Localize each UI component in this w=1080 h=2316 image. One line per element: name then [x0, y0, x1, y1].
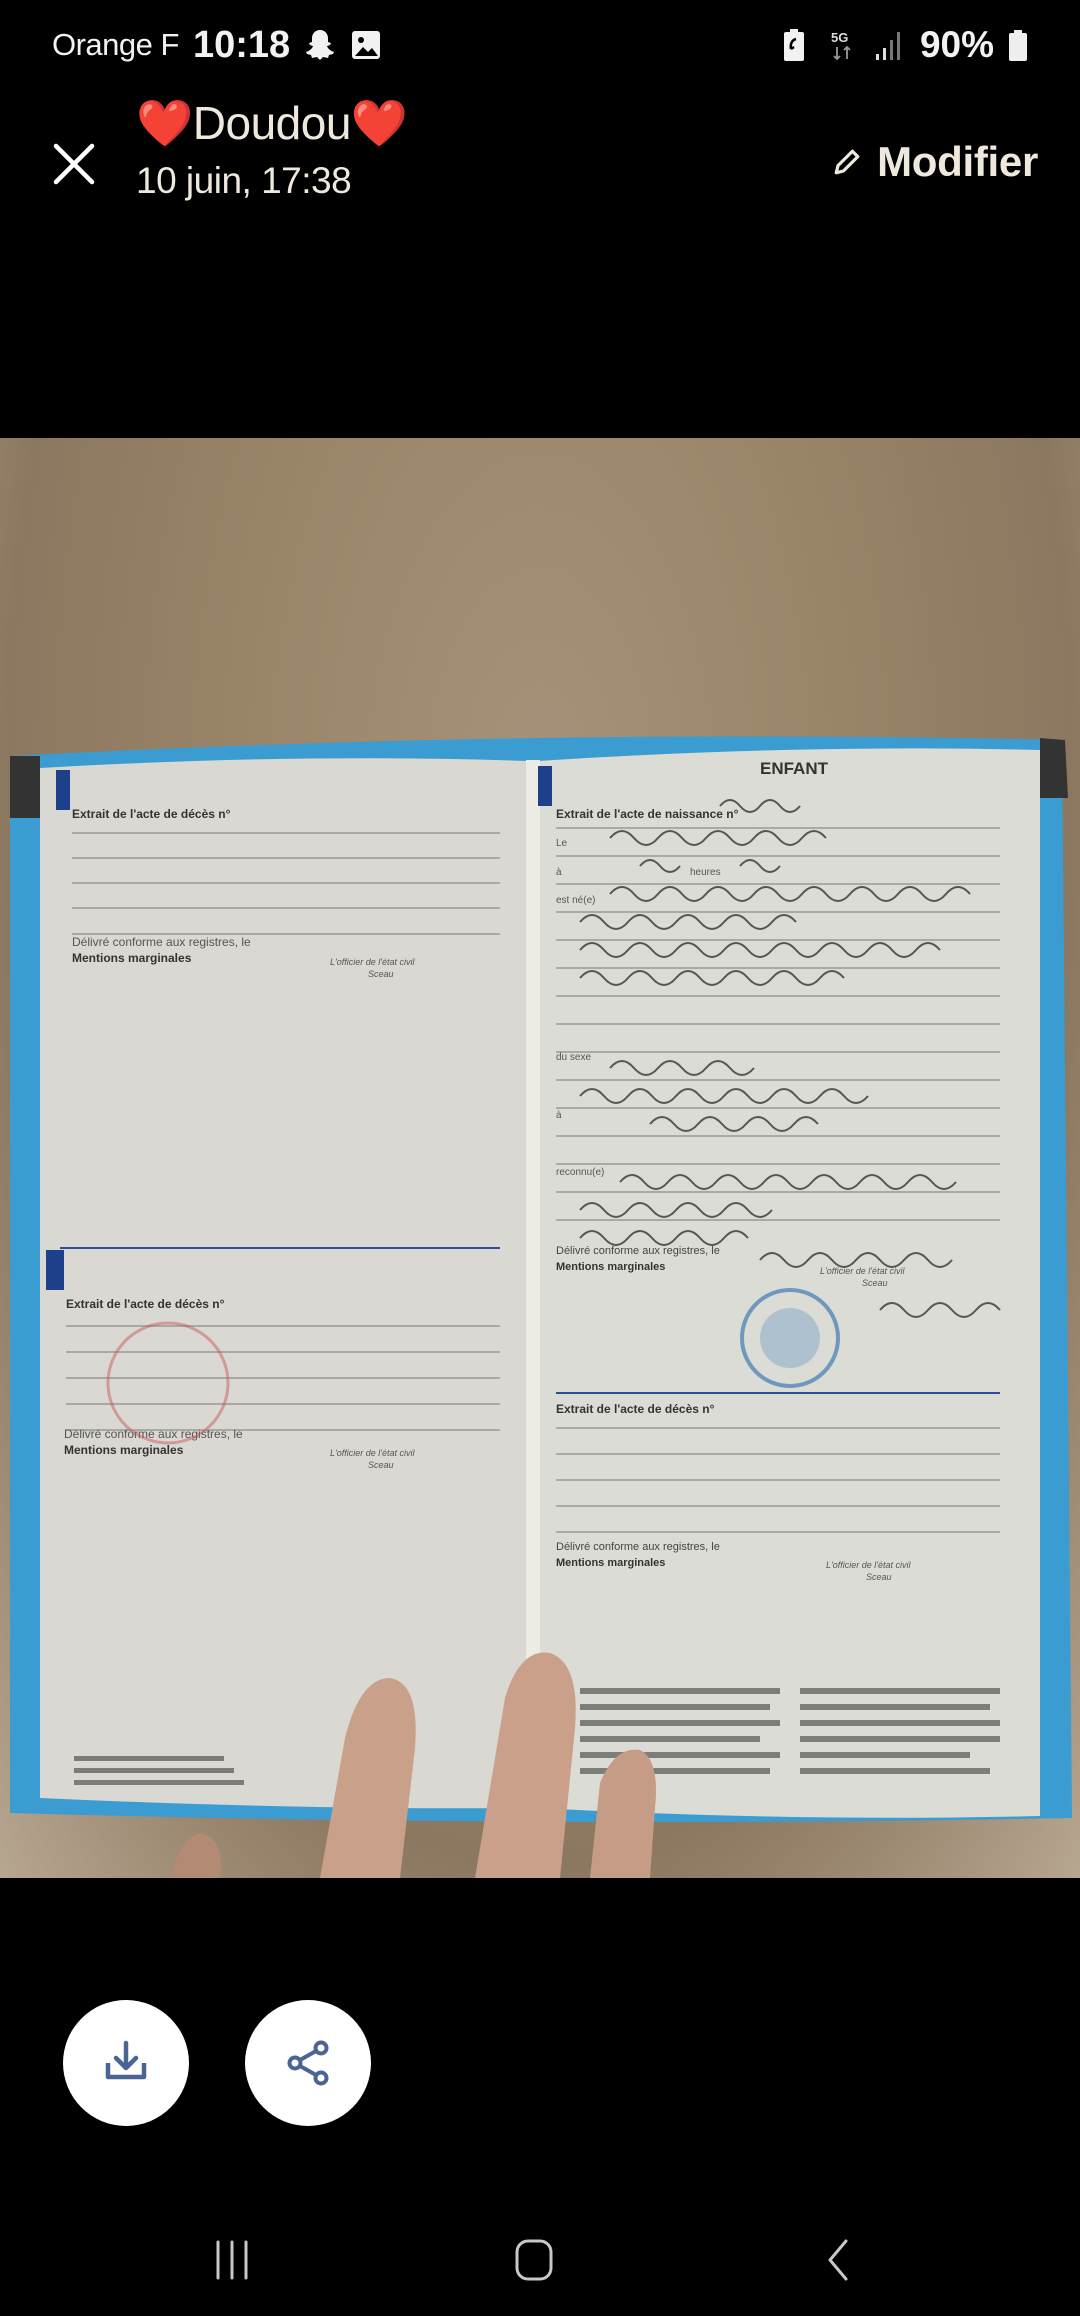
pencil-icon [829, 144, 865, 180]
carrier-name: Orange F [52, 27, 179, 63]
gallery-icon [350, 27, 382, 63]
photo-date: 10 juin, 17:38 [136, 160, 408, 202]
back-button[interactable] [796, 2230, 876, 2290]
back-icon [816, 2238, 856, 2282]
svg-text:L'officier de l'état civil: L'officier de l'état civil [330, 957, 415, 967]
snapchat-icon [304, 27, 336, 63]
svg-text:Délivré conforme aux registres: Délivré conforme aux registres, le [556, 1245, 720, 1257]
svg-text:Sceau: Sceau [866, 1572, 892, 1582]
svg-text:Délivré conforme aux registres: Délivré conforme aux registres, le [556, 1541, 720, 1553]
svg-text:Délivré conforme aux registres: Délivré conforme aux registres, le [72, 935, 251, 949]
share-icon [278, 2033, 338, 2093]
photo-image[interactable]: Extrait de l'acte de décès n° Délivré co… [0, 438, 1080, 1878]
status-left: Orange F 10:18 [52, 24, 382, 67]
svg-text:du sexe: du sexe [556, 1052, 591, 1063]
svg-text:à: à [556, 867, 562, 878]
svg-text:à: à [556, 1110, 562, 1121]
photo-viewer-header: ❤️ Doudou ❤️ 10 juin, 17:38 Modifier [0, 90, 1080, 230]
svg-text:Mentions marginales: Mentions marginales [556, 1557, 665, 1569]
download-icon [96, 2033, 156, 2093]
signal-icon [874, 27, 906, 63]
title-block: ❤️ Doudou ❤️ 10 juin, 17:38 [136, 96, 408, 202]
status-right: 5G 90% [782, 24, 1028, 66]
edit-button[interactable]: Modifier [829, 138, 1038, 186]
status-bar: Orange F 10:18 5G 90% [0, 0, 1080, 90]
album-title-text: Doudou [193, 96, 351, 150]
svg-text:est né(e): est né(e) [556, 895, 595, 906]
booklet-photo: Extrait de l'acte de décès n° Délivré co… [0, 438, 1080, 1878]
close-icon [48, 138, 100, 190]
download-button[interactable] [63, 2000, 189, 2126]
svg-text:L'officier de l'état civil: L'officier de l'état civil [826, 1560, 911, 1570]
5g-data-icon: 5G [828, 27, 860, 63]
heart-emoji-right: ❤️ [351, 100, 408, 146]
home-button[interactable] [494, 2230, 574, 2290]
svg-text:reconnu(e): reconnu(e) [556, 1167, 604, 1178]
svg-text:Extrait de l'acte de décès n°: Extrait de l'acte de décès n° [72, 807, 231, 821]
battery-icon [1008, 27, 1028, 63]
svg-text:Le: Le [556, 838, 568, 849]
svg-text:Sceau: Sceau [862, 1278, 888, 1288]
battery-saver-icon [782, 27, 814, 63]
svg-text:Sceau: Sceau [368, 1460, 394, 1470]
svg-text:Mentions marginales: Mentions marginales [72, 951, 192, 965]
svg-text:heures: heures [690, 867, 721, 878]
svg-text:ENFANT: ENFANT [760, 759, 829, 778]
svg-text:L'officier de l'état civil: L'officier de l'état civil [330, 1448, 415, 1458]
clock: 10:18 [193, 24, 290, 67]
svg-text:Extrait de l'acte de naissance: Extrait de l'acte de naissance n° [556, 807, 739, 821]
album-title: ❤️ Doudou ❤️ [136, 96, 408, 150]
svg-text:Sceau: Sceau [368, 969, 394, 979]
svg-text:Extrait de l'acte de décès n°: Extrait de l'acte de décès n° [556, 1402, 715, 1416]
svg-text:Extrait de l'acte de décès n°: Extrait de l'acte de décès n° [66, 1297, 225, 1311]
photo-actions [63, 2000, 371, 2126]
battery-percentage: 90% [920, 24, 994, 66]
svg-text:Mentions marginales: Mentions marginales [556, 1261, 665, 1273]
recents-icon [212, 2238, 252, 2282]
close-button[interactable] [48, 138, 100, 190]
svg-text:5G: 5G [831, 30, 848, 45]
svg-text:Mentions marginales: Mentions marginales [64, 1443, 184, 1457]
edit-label: Modifier [877, 138, 1038, 186]
recents-button[interactable] [192, 2230, 272, 2290]
share-button[interactable] [245, 2000, 371, 2126]
heart-emoji-left: ❤️ [136, 100, 193, 146]
system-nav-bar [0, 2200, 1080, 2316]
home-icon [514, 2238, 554, 2282]
svg-text:Délivré conforme aux registres: Délivré conforme aux registres, le [64, 1427, 243, 1441]
